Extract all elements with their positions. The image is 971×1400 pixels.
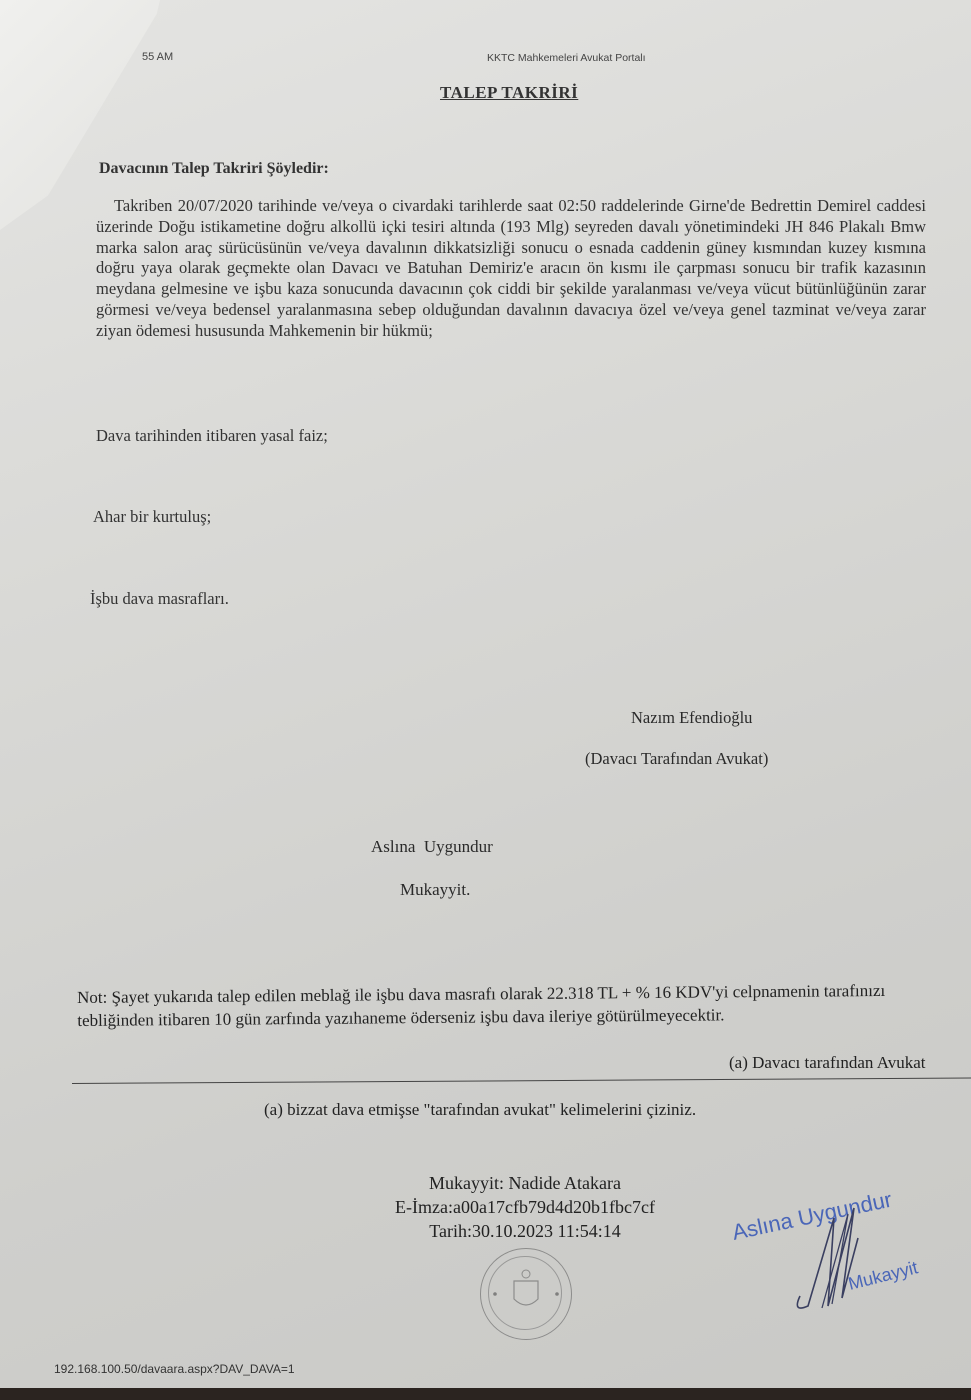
claim-paragraph: Takriben 20/07/2020 tarihinde ve/veya o … (96, 196, 926, 342)
claim-heading: Davacının Talep Takriri Şöyledir: (99, 160, 329, 178)
registrar-name: Mukayyit: Nadide Atakara (360, 1171, 690, 1195)
document-title: TALEP TAKRİRİ (440, 83, 578, 103)
claim-item-interest: Dava tarihinden itibaren yasal faiz; (96, 426, 328, 446)
e-signature: E-İmza:a00a17cfb79d4d20b1fbc7cf (360, 1195, 690, 1219)
payment-note: Not: Şayet yukarıda talep edilen meblağ … (77, 978, 959, 1032)
lawyer-name: Nazım Efendioğlu (631, 708, 752, 728)
certification-stamp: Aslına Uygundur Mukayyit (730, 1178, 960, 1328)
registrar-block: Mukayyit: Nadide Atakara E-İmza:a00a17cf… (360, 1171, 690, 1243)
stamp-text-certified: Aslına Uygundur (730, 1187, 894, 1245)
court-seal-icon (480, 1248, 572, 1340)
attorney-line: (a) Davacı tarafından Avukat (729, 1053, 926, 1073)
page-url: 192.168.100.50/davaara.aspx?DAV_DAVA=1 (54, 1362, 295, 1376)
footnote: (a) bizzat dava etmişse "tarafından avuk… (264, 1100, 696, 1120)
certified-copy-label: Aslına Uygundur (371, 837, 493, 857)
print-time: 55 AM (142, 51, 173, 63)
signature-date: Tarih:30.10.2023 11:54:14 (360, 1219, 690, 1243)
desk-edge (0, 1388, 971, 1400)
claim-item-relief: Ahar bir kurtuluş; (93, 507, 211, 527)
claim-item-costs: İşbu dava masrafları. (90, 589, 229, 609)
lawyer-role: (Davacı Tarafından Avukat) (585, 749, 768, 769)
portal-name: KKTC Mahkemeleri Avukat Portalı (487, 52, 646, 64)
registrar-label: Mukayyit. (400, 880, 470, 900)
stamp-text-registrar: Mukayyit (846, 1257, 920, 1294)
